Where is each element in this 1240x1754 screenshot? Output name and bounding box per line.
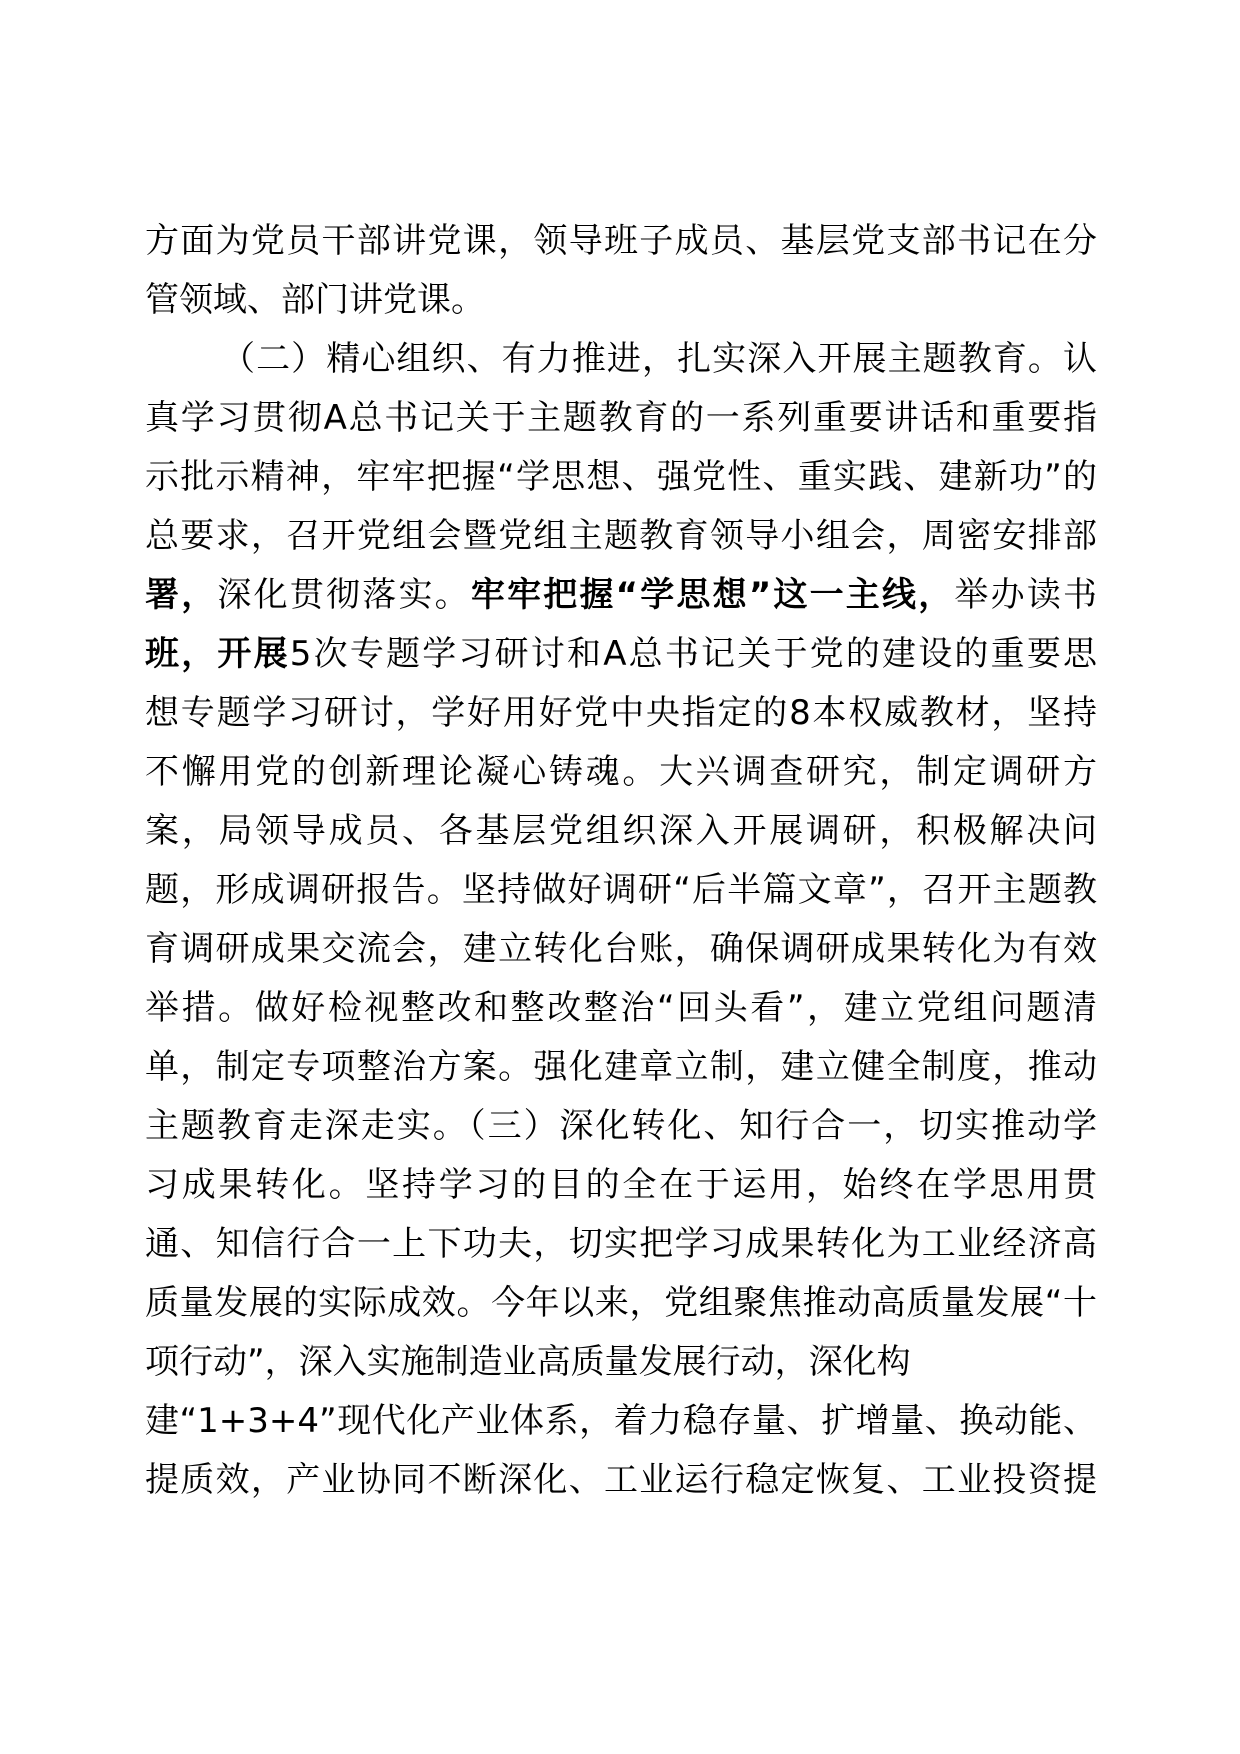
text-run: （二）精心组织、有力推进，扎实深入开展主题教育。认	[221, 339, 1097, 379]
bold-text-run: 班，开展	[145, 634, 290, 674]
text-run: 方面为党员干部讲党课，领导班子成员、基层党支部书记在分	[145, 221, 1097, 261]
document-body: 方面为党员干部讲党课，领导班子成员、基层党支部书记在分 管领域、部门讲党课。 （…	[145, 212, 1097, 1510]
text-line: （二）精心组织、有力推进，扎实深入开展主题教育。认	[145, 330, 1097, 389]
text-run: 5次专题学习研讨和A总书记关于党的建设的重要思	[290, 634, 1097, 674]
text-line: 通、知信行合一上下功夫，切实把学习成果转化为工业经济高	[145, 1215, 1097, 1274]
text-line: 案，局领导成员、各基层党组织深入开展调研，积极解决问	[145, 802, 1097, 861]
text-run: 总要求，召开党组会暨党组主题教育领导小组会，周密安排部	[145, 516, 1097, 556]
text-run: 习成果转化。坚持学习的目的全在于运用，始终在学思用贯	[145, 1165, 1097, 1205]
text-line: 班，开展5次专题学习研讨和A总书记关于党的建设的重要思	[145, 625, 1097, 684]
text-line: 署，深化贯彻落实。牢牢把握“学思想”这一主线，举办读书	[145, 566, 1097, 625]
text-line: 管领域、部门讲党课。	[145, 271, 1097, 330]
text-run: 管领域、部门讲党课。	[145, 280, 485, 320]
text-line: 方面为党员干部讲党课，领导班子成员、基层党支部书记在分	[145, 212, 1097, 271]
text-line: 育调研成果交流会，建立转化台账，确保调研成果转化为有效	[145, 920, 1097, 979]
text-run: 主题教育走深走实。（三）深化转化、知行合一，切实推动学	[145, 1106, 1097, 1146]
text-line: 项行动”，深入实施制造业高质量发展行动，深化构	[145, 1333, 1097, 1392]
text-run: 举措。做好检视整改和整改整治“回头看”，建立党组问题清	[145, 988, 1097, 1028]
text-run: 举办读书	[954, 575, 1097, 615]
text-line: 题，形成调研报告。坚持做好调研“后半篇文章”，召开主题教	[145, 861, 1097, 920]
text-line: 示批示精神，牢牢把握“学思想、强党性、重实践、建新功”的	[145, 448, 1097, 507]
text-run: 育调研成果交流会，建立转化台账，确保调研成果转化为有效	[145, 929, 1097, 969]
text-run: 建“1+3+4”现代化产业体系，着力稳存量、扩增量、换动能、	[145, 1401, 1097, 1441]
text-run: 深化贯彻落实。	[217, 575, 470, 615]
text-run: 题，形成调研报告。坚持做好调研“后半篇文章”，召开主题教	[145, 870, 1097, 910]
text-run: 示批示精神，牢牢把握“学思想、强党性、重实践、建新功”的	[145, 457, 1097, 497]
text-run: 不懈用党的创新理论凝心铸魂。大兴调查研究，制定调研方	[145, 752, 1097, 792]
text-line: 质量发展的实际成效。今年以来，党组聚焦推动高质量发展“十	[145, 1274, 1097, 1333]
text-run: 质量发展的实际成效。今年以来，党组聚焦推动高质量发展“十	[145, 1283, 1097, 1323]
text-run: 提质效，产业协同不断深化、工业运行稳定恢复、工业投资提	[145, 1460, 1097, 1500]
text-line: 提质效，产业协同不断深化、工业运行稳定恢复、工业投资提	[145, 1451, 1097, 1510]
text-line: 单，制定专项整治方案。强化建章立制，建立健全制度，推动	[145, 1038, 1097, 1097]
text-line: 主题教育走深走实。（三）深化转化、知行合一，切实推动学	[145, 1097, 1097, 1156]
text-line: 举措。做好检视整改和整改整治“回头看”，建立党组问题清	[145, 979, 1097, 1038]
text-run: 单，制定专项整治方案。强化建章立制，建立健全制度，推动	[145, 1047, 1097, 1087]
text-run: 项行动”，深入实施制造业高质量发展行动，深化构	[145, 1342, 911, 1382]
document-page: 方面为党员干部讲党课，领导班子成员、基层党支部书记在分 管领域、部门讲党课。 （…	[0, 0, 1240, 1754]
text-run: 通、知信行合一上下功夫，切实把学习成果转化为工业经济高	[145, 1224, 1097, 1264]
text-line: 建“1+3+4”现代化产业体系，着力稳存量、扩增量、换动能、	[145, 1392, 1097, 1451]
text-run: 想专题学习研讨，学好用好党中央指定的8本权威教材，坚持	[145, 693, 1097, 733]
text-line: 想专题学习研讨，学好用好党中央指定的8本权威教材，坚持	[145, 684, 1097, 743]
text-line: 总要求，召开党组会暨党组主题教育领导小组会，周密安排部	[145, 507, 1097, 566]
text-line: 真学习贯彻A总书记关于主题教育的一系列重要讲话和重要指	[145, 389, 1097, 448]
bold-text-run: 牢牢把握“学思想”这一主线，	[471, 575, 955, 615]
text-run: 真学习贯彻A总书记关于主题教育的一系列重要讲话和重要指	[145, 398, 1097, 438]
text-line: 习成果转化。坚持学习的目的全在于运用，始终在学思用贯	[145, 1156, 1097, 1215]
text-run: 案，局领导成员、各基层党组织深入开展调研，积极解决问	[145, 811, 1097, 851]
text-line: 不懈用党的创新理论凝心铸魂。大兴调查研究，制定调研方	[145, 743, 1097, 802]
bold-text-run: 署，	[145, 575, 217, 615]
